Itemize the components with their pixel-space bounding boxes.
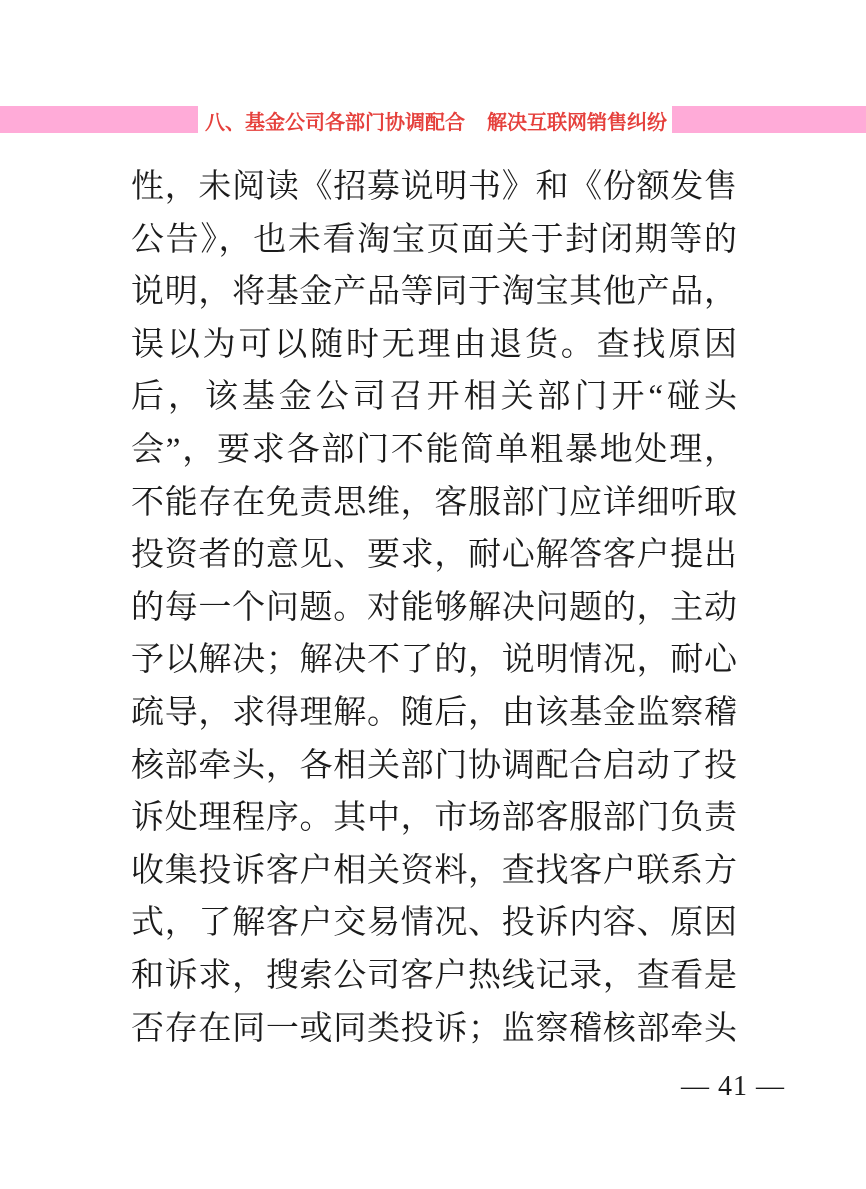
chapter-title: 八、基金公司各部门协调配合 解决互联网销售纠纷 xyxy=(205,104,667,136)
text-line: 不能存在免责思维，客服部门应详细听取 xyxy=(131,477,737,530)
chapter-title-subtitle-part: 解决互联网销售纠纷 xyxy=(487,106,667,135)
chapter-title-number-part: 八、基金公司各部门协调配合 xyxy=(205,106,465,135)
body-text: 性，未阅读《招募说明书》和《份额发售 公告》，也未看淘宝页面关于封闭期等的 说明… xyxy=(131,161,737,1055)
text-line: 予以解决；解决不了的，说明情况，耐心 xyxy=(131,634,737,687)
text-line: 疏导，求得理解。随后，由该基金监察稽 xyxy=(131,687,737,740)
text-line: 收集投诉客户相关资料，查找客户联系方 xyxy=(131,845,737,898)
text-line: 说明，将基金产品等同于淘宝其他产品， xyxy=(131,266,737,319)
text-line: 会”，要求各部门不能简单粗暴地处理， xyxy=(131,424,737,477)
text-line: 的每一个问题。对能够解决问题的，主动 xyxy=(131,582,737,635)
text-line: 诉处理程序。其中，市场部客服部门负责 xyxy=(131,792,737,845)
text-line: 性，未阅读《招募说明书》和《份额发售 xyxy=(131,161,737,214)
text-line: 公告》，也未看淘宝页面关于封闭期等的 xyxy=(131,214,737,267)
text-line: 后，该基金公司召开相关部门开“碰头 xyxy=(131,371,737,424)
text-line: 式，了解客户交易情况、投诉内容、原因 xyxy=(131,897,737,950)
text-line: 误以为可以随时无理由退货。查找原因 xyxy=(131,319,737,372)
text-line: 和诉求，搜索公司客户热线记录，查看是 xyxy=(131,950,737,1003)
text-line: 投资者的意见、要求，耐心解答客户提出 xyxy=(131,529,737,582)
text-line: 核部牵头，各相关部门协调配合启动了投 xyxy=(131,740,737,793)
text-line: 否存在同一或同类投诉；监察稽核部牵头 xyxy=(131,1003,737,1056)
page-number: — 41 — xyxy=(600,1070,866,1104)
header-left-bar xyxy=(0,106,198,133)
header-right-bar xyxy=(672,106,866,133)
book-page: 八、基金公司各部门协调配合 解决互联网销售纠纷 性，未阅读《招募说明书》和《份额… xyxy=(0,0,866,1189)
